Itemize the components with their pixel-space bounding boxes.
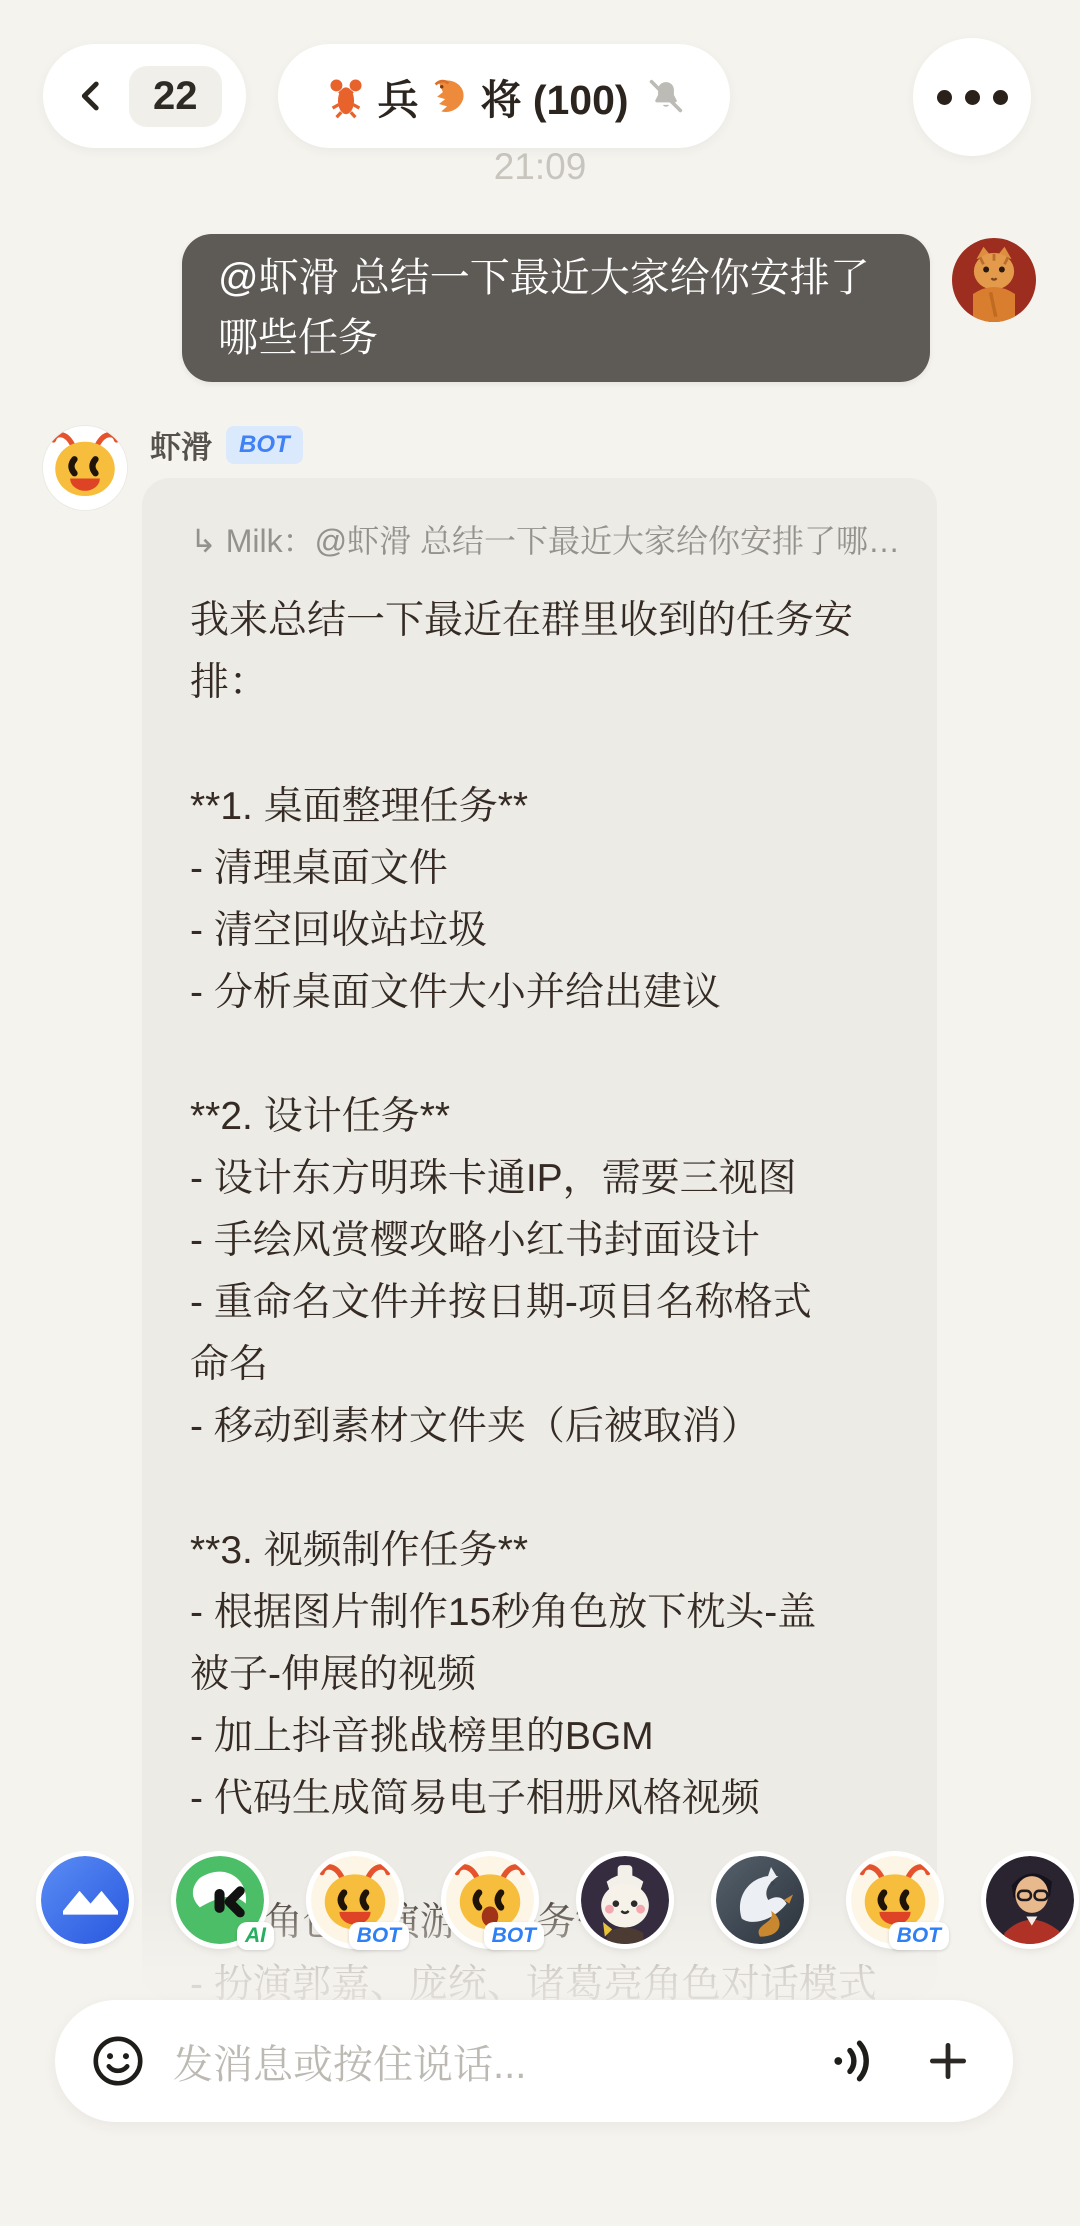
white-dragon-avatar[interactable] bbox=[716, 1856, 804, 1944]
shrimp-bot-avatar-3[interactable]: BOT bbox=[851, 1856, 939, 1944]
bot-avatar[interactable] bbox=[43, 426, 127, 510]
message-input-placeholder[interactable]: 发消息或按住说话... bbox=[173, 2033, 827, 2090]
voice-input-icon[interactable] bbox=[827, 2035, 879, 2087]
shrimp-bot-avatar-2[interactable]: BOT bbox=[446, 1856, 534, 1944]
shrimp-emoji bbox=[426, 73, 472, 119]
chat-title-text-left: 兵 bbox=[377, 67, 418, 126]
blue-mountain-app-avatar[interactable] bbox=[41, 1856, 129, 1944]
message-line: - 加上抖音挑战榜里的BGM bbox=[190, 1706, 899, 1768]
emoji-icon[interactable] bbox=[89, 2032, 147, 2090]
person-photo-avatar[interactable] bbox=[986, 1856, 1074, 1944]
message-line: - 根据图片制作15秒角色放下枕头-盖 bbox=[190, 1582, 899, 1644]
back-chevron-icon bbox=[73, 74, 109, 118]
message-line bbox=[190, 1024, 899, 1086]
message-line: 排： bbox=[190, 652, 899, 714]
quoted-reply[interactable]: ↳ Milk：@虾滑 总结一下最近大家给你安排了哪… bbox=[190, 520, 899, 562]
message-line: - 手绘风赏樱攻略小红书封面设计 bbox=[190, 1210, 899, 1272]
chat-title-text-right: 将 (100) bbox=[480, 67, 628, 126]
bot-badge: BOT bbox=[226, 426, 303, 464]
message-line: - 分析桌面文件大小并给出建议 bbox=[190, 962, 899, 1024]
unread-count-badge: 22 bbox=[129, 66, 222, 127]
add-attachment-icon[interactable] bbox=[923, 2036, 973, 2086]
message-line: 哪些任务 bbox=[218, 308, 894, 368]
bot-badge: BOT bbox=[349, 1922, 409, 1950]
message-line: **2. 设计任务** bbox=[190, 1086, 899, 1148]
ai-badge: AI bbox=[237, 1922, 274, 1950]
back-button[interactable]: 22 bbox=[43, 44, 246, 148]
bot-sender-name: 虾滑 bbox=[150, 422, 212, 467]
bot-badge: BOT bbox=[484, 1922, 544, 1950]
message-line: 命名 bbox=[190, 1334, 899, 1396]
message-input-bar[interactable]: 发消息或按住说话... bbox=[55, 2000, 1013, 2122]
message-line: - 清空回收站垃圾 bbox=[190, 900, 899, 962]
message-line: **1. 桌面整理任务** bbox=[190, 776, 899, 838]
bot-badge: BOT bbox=[889, 1922, 949, 1950]
shrimp-face-avatar-image bbox=[43, 426, 127, 510]
user-avatar[interactable] bbox=[952, 238, 1036, 322]
bell-muted-icon bbox=[647, 77, 685, 115]
message-line: - 清理桌面文件 bbox=[190, 838, 899, 900]
message-line: - 代码生成简易电子相册风格视频 bbox=[190, 1768, 899, 1830]
message-line: @虾滑 总结一下最近大家给你安排了 bbox=[218, 248, 894, 308]
message-line: 被子-伸展的视频 bbox=[190, 1644, 899, 1706]
message-line bbox=[190, 714, 899, 776]
message-line: - 设计东方明珠卡通IP，需要三视图 bbox=[190, 1148, 899, 1210]
bot-message-body: 我来总结一下最近在群里收到的任务安排：**1. 桌面整理任务**- 清理桌面文件… bbox=[190, 590, 899, 2000]
user-message-bubble[interactable]: @虾滑 总结一下最近大家给你安排了哪些任务 bbox=[182, 234, 930, 382]
cat-avatar-image bbox=[952, 238, 1036, 322]
more-menu-button[interactable] bbox=[913, 38, 1031, 156]
message-line: - 重命名文件并按日期-项目名称格式 bbox=[190, 1272, 899, 1334]
message-line: - 移动到素材文件夹（后被取消） bbox=[190, 1396, 899, 1458]
green-ai-app-avatar[interactable]: AI bbox=[176, 1856, 264, 1944]
message-line: **3. 视频制作任务** bbox=[190, 1520, 899, 1582]
chat-title[interactable]: 兵 将 (100) bbox=[278, 44, 730, 148]
chibi-character-avatar[interactable] bbox=[581, 1856, 669, 1944]
shrimp-bot-avatar-1[interactable]: BOT bbox=[311, 1856, 399, 1944]
message-line: 我来总结一下最近在群里收到的任务安 bbox=[190, 590, 899, 652]
member-avatar-strip: AI BOT BOT bbox=[41, 1856, 1074, 1944]
message-line bbox=[190, 1458, 899, 1520]
lobster-emoji bbox=[323, 73, 369, 119]
bot-message-bubble[interactable]: ↳ Milk：@虾滑 总结一下最近大家给你安排了哪… 我来总结一下最近在群里收到… bbox=[142, 478, 937, 2000]
more-dots-icon bbox=[937, 90, 952, 105]
timestamp: 21:09 bbox=[0, 146, 1080, 188]
